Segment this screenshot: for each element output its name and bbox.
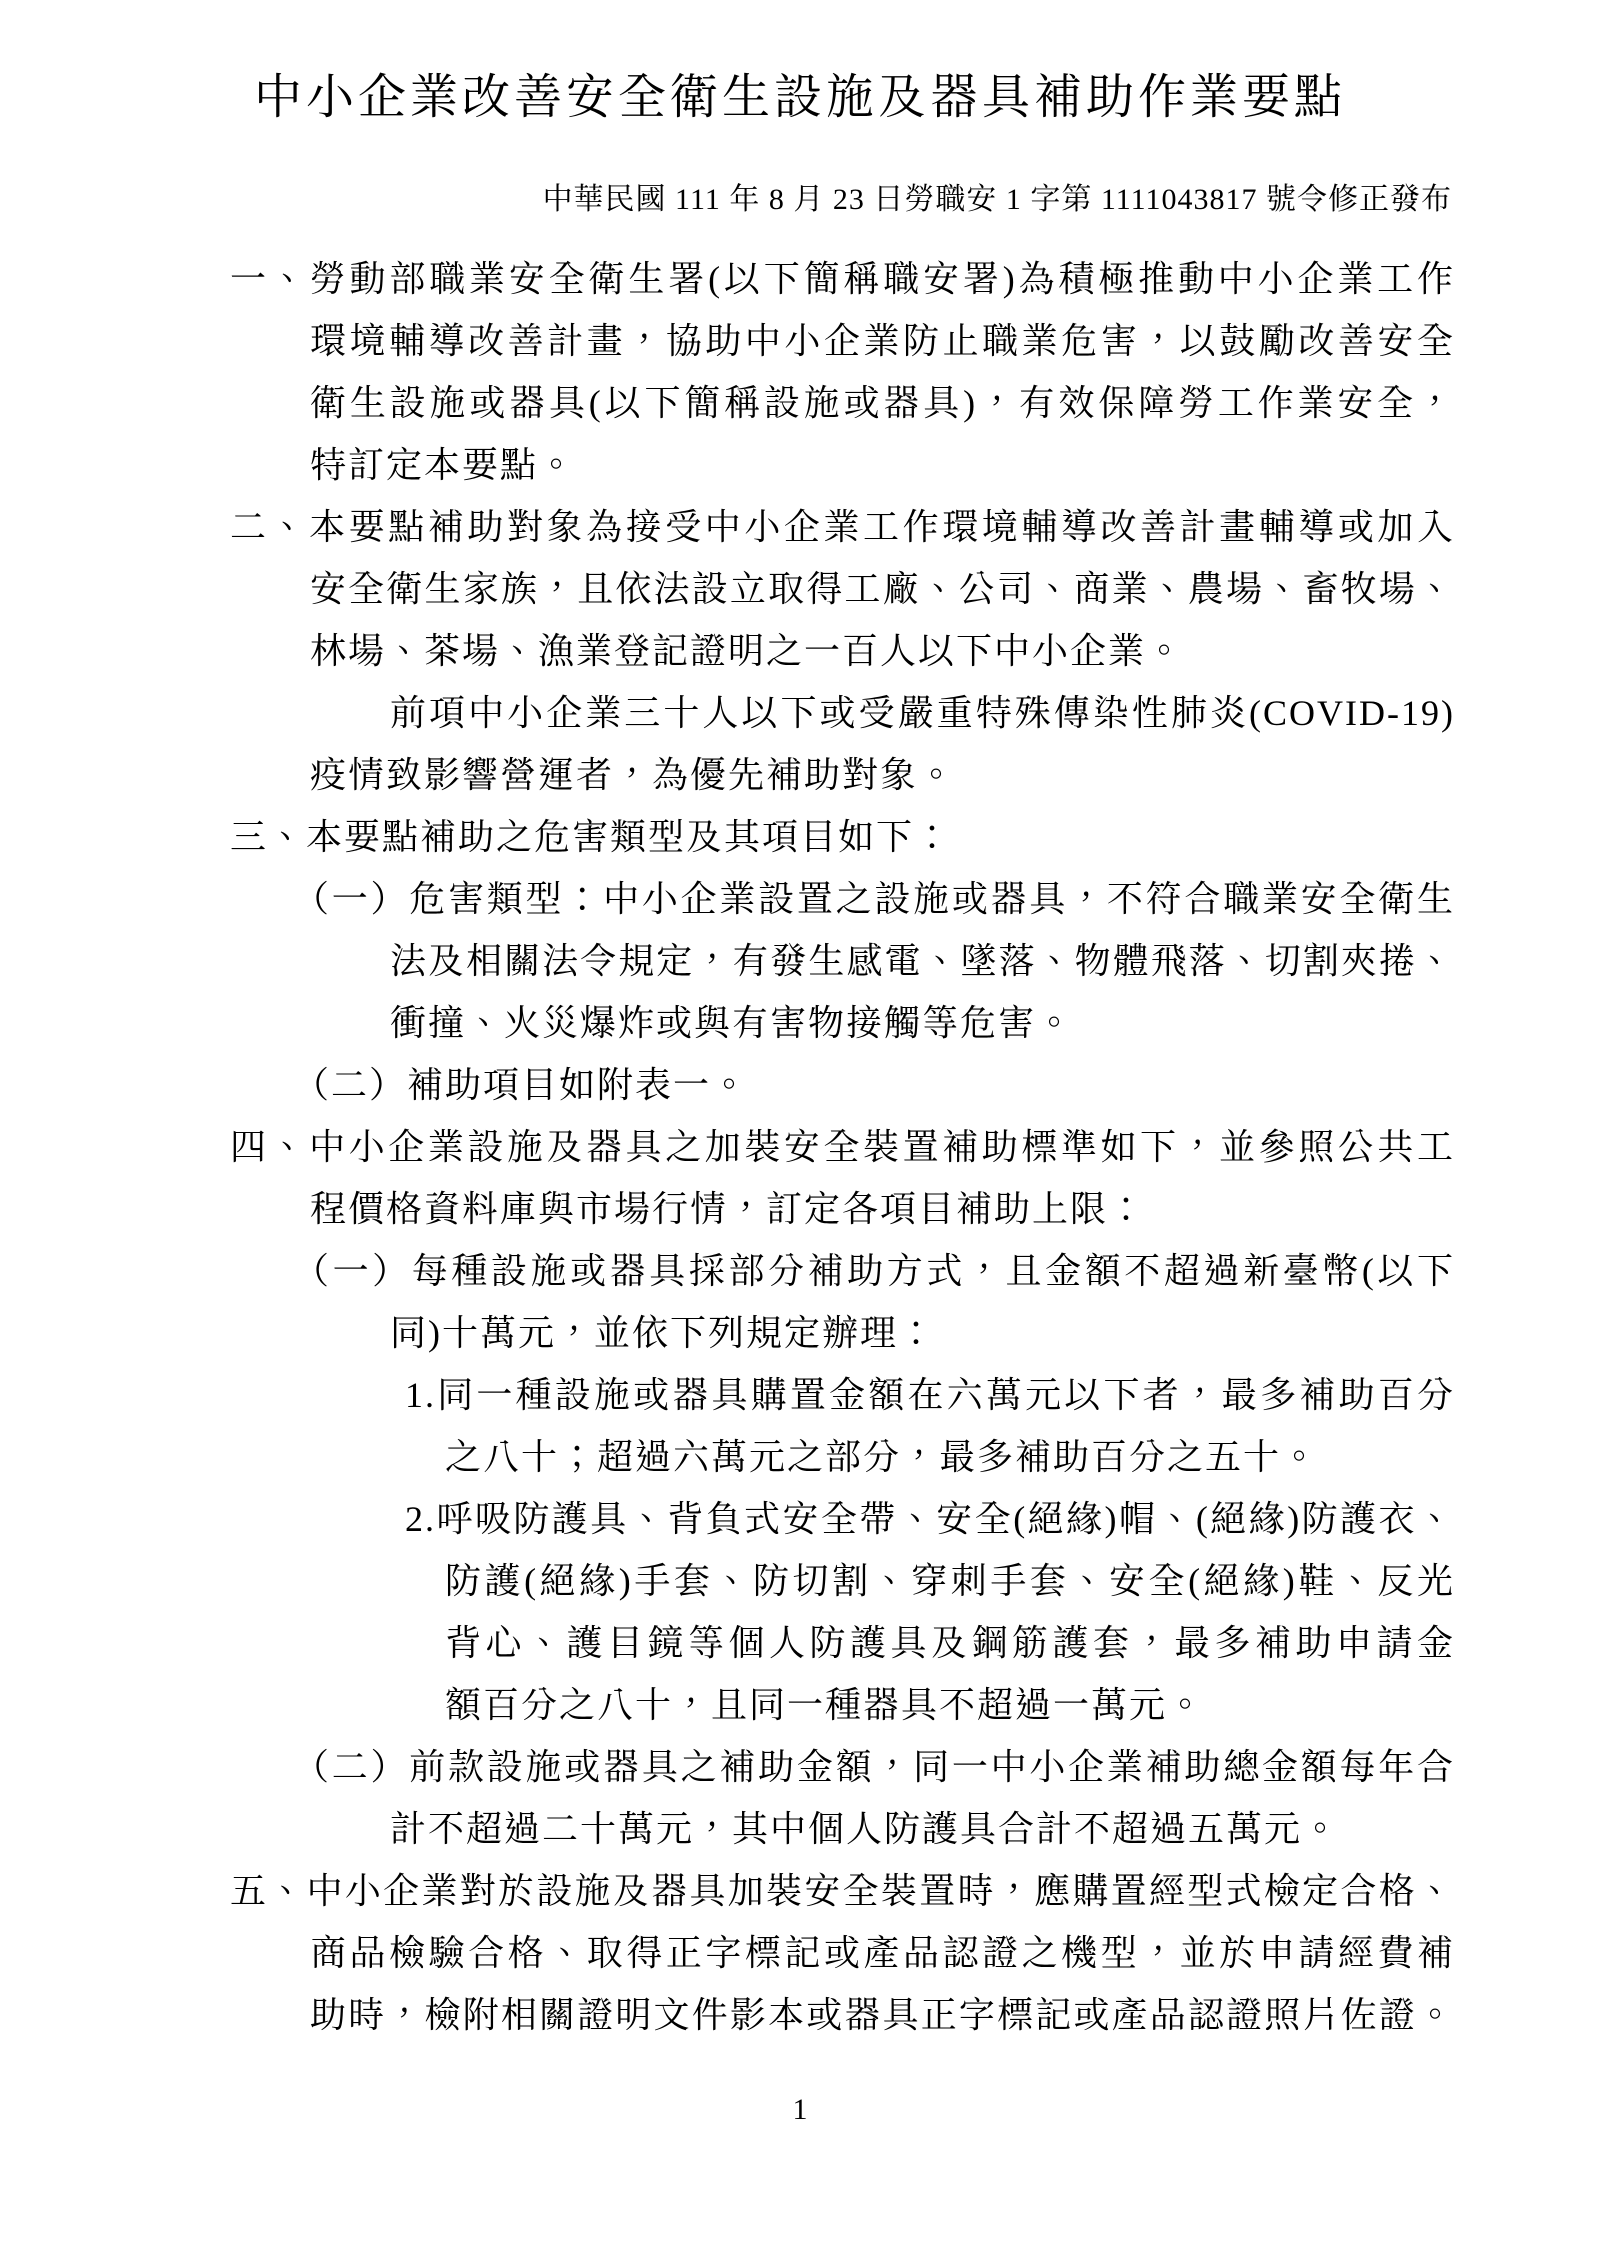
issuance-note: 中華民國 111 年 8 月 23 日勞職安 1 字第 1111043817 號…	[0, 178, 1452, 222]
doc-line: 前項中小企業三十人以下或受嚴重特殊傳染性肺炎(COVID-19)	[390, 682, 1455, 744]
doc-line: 五、中小企業對於設施及器具加裝安全裝置時，應購置經型式檢定合格、	[230, 1860, 1455, 1922]
doc-line: 防護(絕緣)手套、防切割、穿刺手套、安全(絕緣)鞋、反光	[445, 1550, 1455, 1612]
doc-line: （一）每種設施或器具採部分補助方式，且金額不超過新臺幣(以下	[293, 1240, 1455, 1302]
page-number: 1	[0, 2092, 1600, 2128]
doc-line: 特訂定本要點。	[310, 434, 1455, 496]
doc-line: 助時，檢附相關證明文件影本或器具正字標記或產品認證照片佐證。	[310, 1984, 1455, 2046]
doc-line: 額百分之八十，且同一種器具不超過一萬元。	[445, 1674, 1455, 1736]
doc-line: 環境輔導改善計畫，協助中小企業防止職業危害，以鼓勵改善安全	[310, 310, 1455, 372]
doc-line: 2.呼吸防護具、背負式安全帶、安全(絕緣)帽、(絕緣)防護衣、	[405, 1488, 1455, 1550]
doc-line: 一、勞動部職業安全衛生署(以下簡稱職安署)為積極推動中小企業工作	[230, 248, 1455, 310]
doc-line: 同)十萬元，並依下列規定辦理：	[390, 1302, 1455, 1364]
doc-line: 商品檢驗合格、取得正字標記或產品認證之機型，並於申請經費補	[310, 1922, 1455, 1984]
doc-line: 衝撞、火災爆炸或與有害物接觸等危害。	[390, 992, 1455, 1054]
doc-line: 安全衛生家族，且依法設立取得工廠、公司、商業、農場、畜牧場、	[310, 558, 1455, 620]
doc-line: 三、本要點補助之危害類型及其項目如下：	[230, 806, 1455, 868]
doc-line: （二）前款設施或器具之補助金額，同一中小企業補助總金額每年合	[293, 1736, 1455, 1798]
document-page: 中小企業改善安全衛生設施及器具補助作業要點 中華民國 111 年 8 月 23 …	[0, 0, 1600, 2263]
doc-line: 二、本要點補助對象為接受中小企業工作環境輔導改善計畫輔導或加入	[230, 496, 1455, 558]
doc-line: 衛生設施或器具(以下簡稱設施或器具)，有效保障勞工作業安全，	[310, 372, 1455, 434]
doc-line: 之八十；超過六萬元之部分，最多補助百分之五十。	[445, 1426, 1455, 1488]
doc-line: 林場、茶場、漁業登記證明之一百人以下中小企業。	[310, 620, 1455, 682]
doc-line: 疫情致影響營運者，為優先補助對象。	[310, 744, 1455, 806]
doc-line: 四、中小企業設施及器具之加裝安全裝置補助標準如下，並參照公共工	[230, 1116, 1455, 1178]
doc-line: 法及相關法令規定，有發生感電、墜落、物體飛落、切割夾捲、	[390, 930, 1455, 992]
doc-line: （一）危害類型：中小企業設置之設施或器具，不符合職業安全衛生	[293, 868, 1455, 930]
doc-line: 1.同一種設施或器具購置金額在六萬元以下者，最多補助百分	[405, 1364, 1455, 1426]
document-body: 一、勞動部職業安全衛生署(以下簡稱職安署)為積極推動中小企業工作 環境輔導改善計…	[0, 248, 1600, 2046]
doc-line: （二）補助項目如附表一。	[293, 1054, 1455, 1116]
doc-line: 程價格資料庫與市場行情，訂定各項目補助上限：	[310, 1178, 1455, 1240]
doc-line: 計不超過二十萬元，其中個人防護具合計不超過五萬元。	[390, 1798, 1455, 1860]
document-title: 中小企業改善安全衛生設施及器具補助作業要點	[0, 0, 1600, 128]
doc-line: 背心、護目鏡等個人防護具及鋼筋護套，最多補助申請金	[445, 1612, 1455, 1674]
